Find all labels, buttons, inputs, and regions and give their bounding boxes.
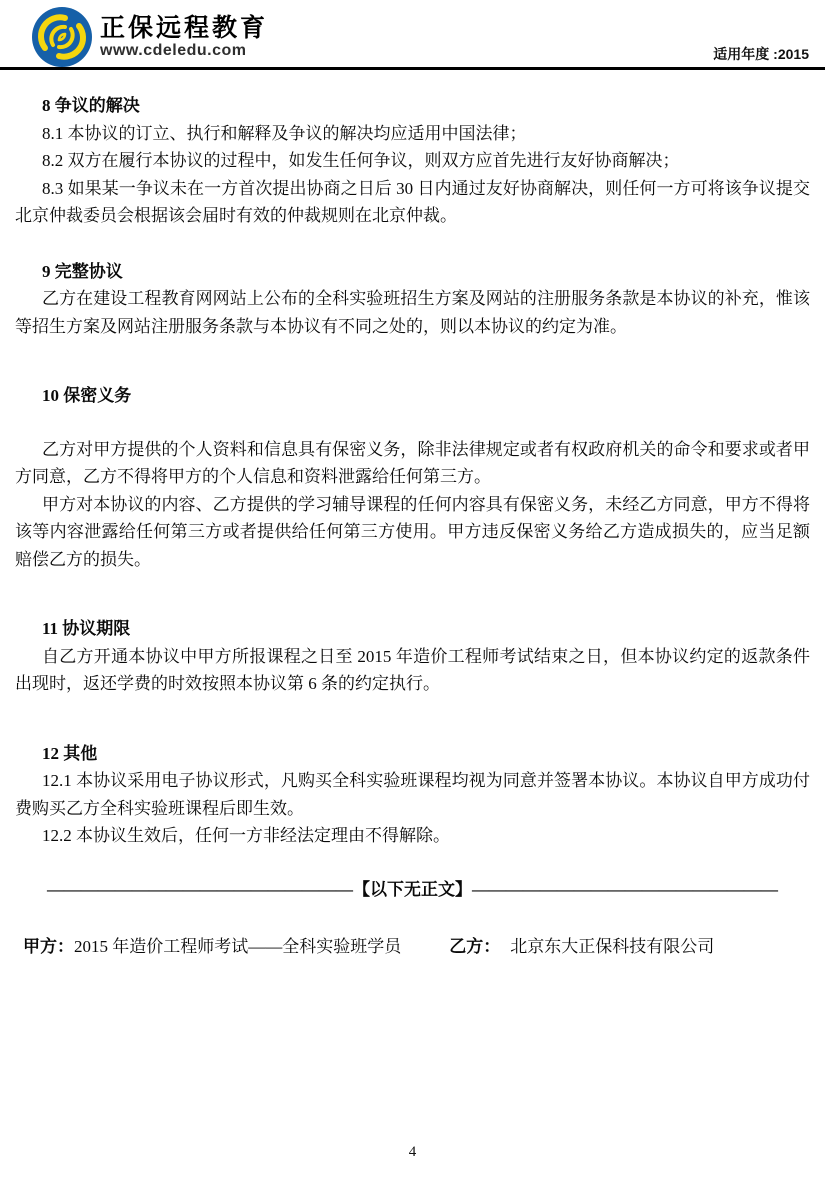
section-10-confidentiality: 10 保密义务 乙方对甲方提供的个人资料和信息具有保密义务，除非法律规定或者有权…: [15, 382, 810, 573]
party-b-value: 北京东大正保科技有限公司: [510, 937, 714, 956]
brand-website: www.cdeledu.com: [100, 42, 268, 60]
brand-logo-icon: [32, 7, 92, 67]
section-11-agreement-term: 11 协议期限 自乙方开通本协议中甲方所报课程之日至 2015 年造价工程师考试…: [15, 615, 810, 698]
clause-9-body: 乙方在建设工程教育网网站上公布的全科实验班招生方案及网站的注册服务条款是本协议的…: [15, 285, 810, 340]
section-heading: 10 保密义务: [15, 382, 810, 410]
document-page: 正保远程教育 www.cdeledu.com 适用年度 :2015 8 争议的解…: [0, 0, 825, 1177]
party-a-label: 甲方：: [23, 937, 74, 956]
clause-8-2: 8.2 双方在履行本协议的过程中，如发生任何争议，则双方应首先进行友好协商解决；: [15, 147, 810, 175]
clause-11-body: 自乙方开通本协议中甲方所报课程之日至 2015 年造价工程师考试结束之日，但本协…: [15, 643, 810, 698]
clause-10-para-1: 乙方对甲方提供的个人资料和信息具有保密义务，除非法律规定或者有权政府机关的命令和…: [15, 436, 810, 491]
no-more-text-divider: ——————————————————【以下无正文】———————————————…: [15, 876, 810, 904]
divider-dashes-right: ——————————————————: [472, 880, 778, 899]
brand-text-block: 正保远程教育 www.cdeledu.com: [100, 14, 268, 60]
brand-title: 正保远程教育: [100, 14, 268, 42]
divider-label: 【以下无正文】: [353, 880, 472, 899]
section-12-miscellaneous: 12 其他 12.1 本协议采用电子协议形式，凡购买全科实验班课程均视为同意并签…: [15, 740, 810, 850]
clause-8-1: 8.1 本协议的订立、执行和解释及争议的解决均应适用中国法律；: [15, 120, 810, 148]
page-header: 正保远程教育 www.cdeledu.com 适用年度 :2015: [0, 0, 825, 70]
brand-logo: 正保远程教育 www.cdeledu.com: [32, 7, 268, 67]
party-a-value: 2015 年造价工程师考试——全科实验班学员: [74, 937, 401, 956]
section-heading: 9 完整协议: [15, 258, 810, 286]
party-a: 甲方：2015 年造价工程师考试——全科实验班学员: [23, 937, 401, 956]
page-number: 4: [0, 1144, 825, 1161]
clause-8-3: 8.3 如果某一争议未在一方首次提出协商之日后 30 日内通过友好协商解决，则任…: [15, 175, 810, 230]
divider-dashes-left: ——————————————————: [47, 880, 353, 899]
applicable-year-label: 适用年度 :2015: [713, 44, 809, 64]
clause-12-2: 12.2 本协议生效后，任何一方非经法定理由不得解除。: [15, 822, 810, 850]
section-heading: 12 其他: [15, 740, 810, 768]
document-body: 8 争议的解决 8.1 本协议的订立、执行和解释及争议的解决均应适用中国法律； …: [0, 70, 825, 960]
section-9-entire-agreement: 9 完整协议 乙方在建设工程教育网网站上公布的全科实验班招生方案及网站的注册服务…: [15, 258, 810, 341]
section-heading: 8 争议的解决: [15, 92, 810, 120]
clause-12-1: 12.1 本协议采用电子协议形式，凡购买全科实验班课程均视为同意并签署本协议。本…: [15, 767, 810, 822]
party-b: 乙方：北京东大正保科技有限公司: [449, 937, 714, 956]
party-b-label: 乙方：: [449, 937, 500, 956]
signature-row: 甲方：2015 年造价工程师考试——全科实验班学员乙方：北京东大正保科技有限公司: [15, 933, 810, 960]
section-heading: 11 协议期限: [15, 615, 810, 643]
section-8-dispute-resolution: 8 争议的解决 8.1 本协议的订立、执行和解释及争议的解决均应适用中国法律； …: [15, 92, 810, 230]
clause-10-para-2: 甲方对本协议的内容、乙方提供的学习辅导课程的任何内容具有保密义务，未经乙方同意，…: [15, 491, 810, 574]
